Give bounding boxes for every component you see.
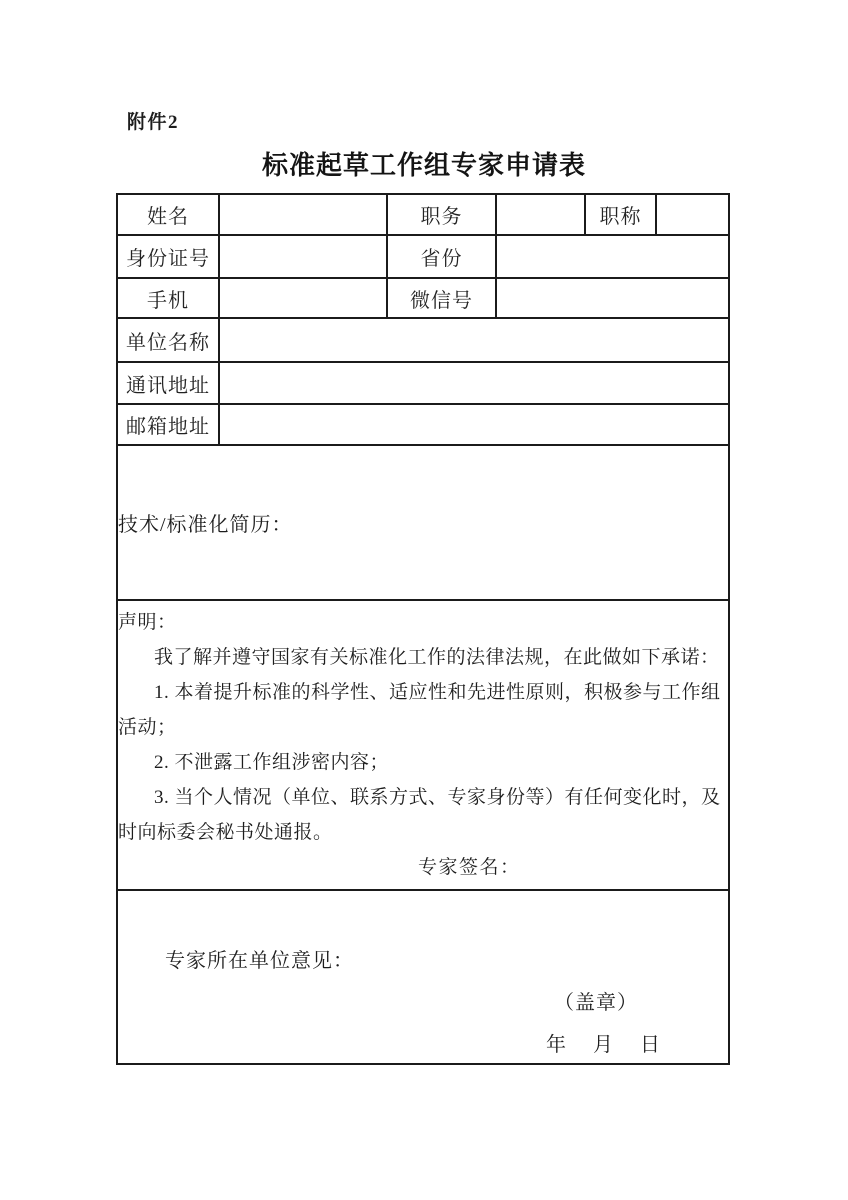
province-value-cell bbox=[496, 235, 729, 278]
unit-opinion-area: 专家所在单位意见： （盖章） 年 月 日 bbox=[118, 892, 728, 1062]
table-row: 声明： 我了解并遵守国家有关标准化工作的法律法规，在此做如下承诺： 1. 本着提… bbox=[117, 600, 729, 890]
declaration-item-1: 1. 本着提升标准的科学性、适应性和先进性原则，积极参与工作组活动； bbox=[118, 675, 728, 745]
wechat-label-cell: 微信号 bbox=[387, 278, 496, 318]
email-label-cell: 邮箱地址 bbox=[117, 404, 219, 445]
table-row: 专家所在单位意见： （盖章） 年 月 日 bbox=[117, 890, 729, 1064]
page-title: 标准起草工作组专家申请表 bbox=[0, 145, 848, 182]
table-row: 技术/标准化简历： bbox=[117, 445, 729, 600]
job-title-label-cell: 职称 bbox=[585, 194, 656, 235]
org-name-value-cell bbox=[219, 318, 729, 362]
name-label-cell: 姓名 bbox=[117, 194, 219, 235]
name-value-cell bbox=[219, 194, 387, 235]
unit-opinion-label: 专家所在单位意见： bbox=[165, 944, 354, 973]
position-label-cell: 职务 bbox=[387, 194, 496, 235]
mailing-address-label-cell: 通讯地址 bbox=[117, 362, 219, 404]
seal-label: （盖章） bbox=[554, 986, 638, 1015]
declaration-heading: 声明： bbox=[118, 605, 728, 640]
id-number-label-cell: 身份证号 bbox=[117, 235, 219, 278]
mobile-label-cell: 手机 bbox=[117, 278, 219, 318]
mobile-value-cell bbox=[219, 278, 387, 318]
table-row: 姓名 职务 职称 bbox=[117, 194, 729, 235]
month-label: 月 bbox=[593, 1028, 613, 1057]
org-name-label-cell: 单位名称 bbox=[117, 318, 219, 362]
application-form-table: 姓名 职务 职称 身份证号 省份 手机 微信号 单位名称 通讯地址 bbox=[116, 193, 730, 1065]
table-row: 身份证号 省份 bbox=[117, 235, 729, 278]
table-row: 通讯地址 bbox=[117, 362, 729, 404]
year-label: 年 bbox=[546, 1028, 566, 1057]
declaration-intro: 我了解并遵守国家有关标准化工作的法律法规，在此做如下承诺： bbox=[118, 640, 728, 675]
resume-cell: 技术/标准化简历： bbox=[117, 445, 729, 600]
job-title-value-cell bbox=[656, 194, 729, 235]
wechat-value-cell bbox=[496, 278, 729, 318]
unit-opinion-cell: 专家所在单位意见： （盖章） 年 月 日 bbox=[117, 890, 729, 1064]
document-page: 附件2 标准起草工作组专家申请表 姓名 职务 职称 身份证号 省份 手机 bbox=[0, 0, 848, 1200]
table-row: 手机 微信号 bbox=[117, 278, 729, 318]
declaration-cell: 声明： 我了解并遵守国家有关标准化工作的法律法规，在此做如下承诺： 1. 本着提… bbox=[117, 600, 729, 890]
mailing-address-value-cell bbox=[219, 362, 729, 404]
table-row: 单位名称 bbox=[117, 318, 729, 362]
position-value-cell bbox=[496, 194, 585, 235]
email-value-cell bbox=[219, 404, 729, 445]
declaration-item-2: 2. 不泄露工作组涉密内容； bbox=[118, 745, 728, 780]
province-label-cell: 省份 bbox=[387, 235, 496, 278]
expert-signature-label: 专家签名： bbox=[418, 850, 728, 885]
date-line: 年 月 日 bbox=[546, 1028, 660, 1057]
resume-label: 技术/标准化简历： bbox=[118, 514, 293, 536]
attachment-label: 附件2 bbox=[127, 107, 179, 134]
day-label: 日 bbox=[640, 1028, 660, 1057]
declaration-item-3: 3. 当个人情况（单位、联系方式、专家身份等）有任何变化时，及时向标委会秘书处通… bbox=[118, 780, 728, 850]
table-row: 邮箱地址 bbox=[117, 404, 729, 445]
id-number-value-cell bbox=[219, 235, 387, 278]
